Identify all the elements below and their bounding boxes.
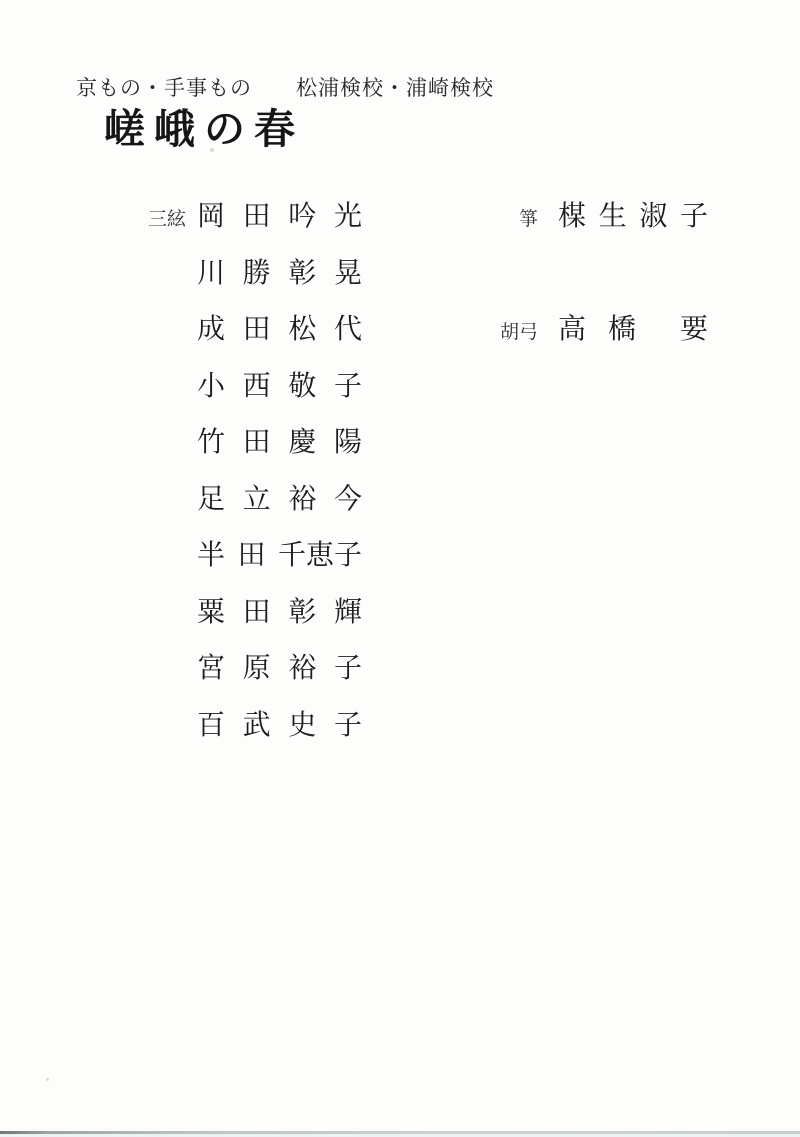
- name-char: 高: [558, 313, 586, 347]
- name-char: 田: [243, 596, 271, 630]
- name-char: 成: [197, 313, 225, 347]
- program-row: 成田松代胡弓高橋要: [148, 313, 708, 370]
- name-char: 晃: [334, 257, 362, 291]
- name-char: 裕: [288, 483, 316, 517]
- instrument-label-right: 箏: [488, 203, 558, 237]
- name-char: 田: [243, 426, 271, 460]
- name-char: 光: [334, 200, 362, 234]
- name-char: 勝: [243, 257, 271, 291]
- program-row: 足立裕今: [148, 483, 708, 540]
- name-char: 橋: [608, 313, 636, 347]
- program-row: 小西敬子: [148, 370, 708, 427]
- instrument-label-left: 三絃: [148, 203, 197, 237]
- name-char: 彰: [288, 596, 316, 630]
- name-char: 千恵子: [278, 539, 362, 573]
- name-char: 要: [680, 313, 708, 347]
- name-char: 史: [288, 709, 316, 743]
- name-char: 代: [334, 313, 362, 347]
- name-char: 陽: [334, 426, 362, 460]
- name-char: 竹: [197, 426, 225, 460]
- performer-name-left: 成田松代: [197, 313, 362, 347]
- scan-edge-artifact: [0, 1131, 800, 1137]
- name-char: 西: [243, 370, 271, 404]
- name-char: 生: [599, 200, 627, 234]
- name-char: 淑: [639, 200, 667, 234]
- name-char: 子: [334, 370, 362, 404]
- name-char: 足: [197, 483, 225, 517]
- program-row: 半田千恵子: [148, 539, 708, 596]
- name-char: 敬: [288, 370, 316, 404]
- instrument-label-right: 胡弓: [488, 316, 558, 350]
- performer-name-left: 岡田吟光: [197, 200, 362, 234]
- composer-label: 松浦検校・浦崎検校: [296, 72, 494, 102]
- program-row: 竹田慶陽: [148, 426, 708, 483]
- name-char: 川: [197, 257, 225, 291]
- piece-title: 嵯峨の春: [104, 96, 304, 155]
- performer-name-left: 宮原裕子: [197, 652, 362, 686]
- name-char: 子: [680, 200, 708, 234]
- name-char: 楳: [558, 200, 586, 234]
- program-row: 川勝彰晃: [148, 257, 708, 314]
- performer-name-left: 半田千恵子: [197, 539, 362, 573]
- name-char: 子: [334, 709, 362, 743]
- scan-edge-line: [0, 1131, 800, 1134]
- name-char: 小: [197, 370, 225, 404]
- name-char: 田: [237, 539, 265, 573]
- performer-list: 三絃岡田吟光箏楳生淑子川勝彰晃成田松代胡弓高橋要小西敬子竹田慶陽足立裕今半田千恵…: [148, 200, 708, 765]
- name-char: 今: [334, 483, 362, 517]
- name-char: 粟: [197, 596, 225, 630]
- name-char: 輝: [334, 596, 362, 630]
- performer-name-left: 竹田慶陽: [197, 426, 362, 460]
- name-char: 田: [243, 200, 271, 234]
- performer-name-left: 小西敬子: [197, 370, 362, 404]
- name-char: 松: [288, 313, 316, 347]
- name-char: 百: [197, 709, 225, 743]
- program-row: 粟田彰輝: [148, 596, 708, 653]
- name-char: 原: [243, 652, 271, 686]
- performer-name-left: 粟田彰輝: [197, 596, 362, 630]
- program-row: 百武史子: [148, 709, 708, 766]
- scan-speck: [46, 1078, 49, 1081]
- name-char: 宮: [197, 652, 225, 686]
- name-char: 彰: [288, 257, 316, 291]
- concert-program-page: 京もの・手事もの 松浦検校・浦崎検校 嵯峨の春 三絃岡田吟光箏楳生淑子川勝彰晃成…: [0, 0, 800, 1137]
- performer-name-left: 足立裕今: [197, 483, 362, 517]
- name-char: 慶: [288, 426, 316, 460]
- scan-speck: [210, 148, 214, 152]
- program-row: 宮原裕子: [148, 652, 708, 709]
- name-char: 半: [197, 539, 225, 573]
- name-char: 裕: [288, 652, 316, 686]
- name-char: 岡: [197, 200, 225, 234]
- name-char: 立: [243, 483, 271, 517]
- name-char: 吟: [288, 200, 316, 234]
- performer-name-right: 楳生淑子: [558, 200, 708, 234]
- name-char: 田: [243, 313, 271, 347]
- performer-name-right: 高橋要: [558, 313, 708, 347]
- performer-name-left: 百武史子: [197, 709, 362, 743]
- program-row: 三絃岡田吟光箏楳生淑子: [148, 200, 708, 257]
- performer-name-left: 川勝彰晃: [197, 257, 362, 291]
- name-char: 武: [243, 709, 271, 743]
- name-char: 子: [334, 652, 362, 686]
